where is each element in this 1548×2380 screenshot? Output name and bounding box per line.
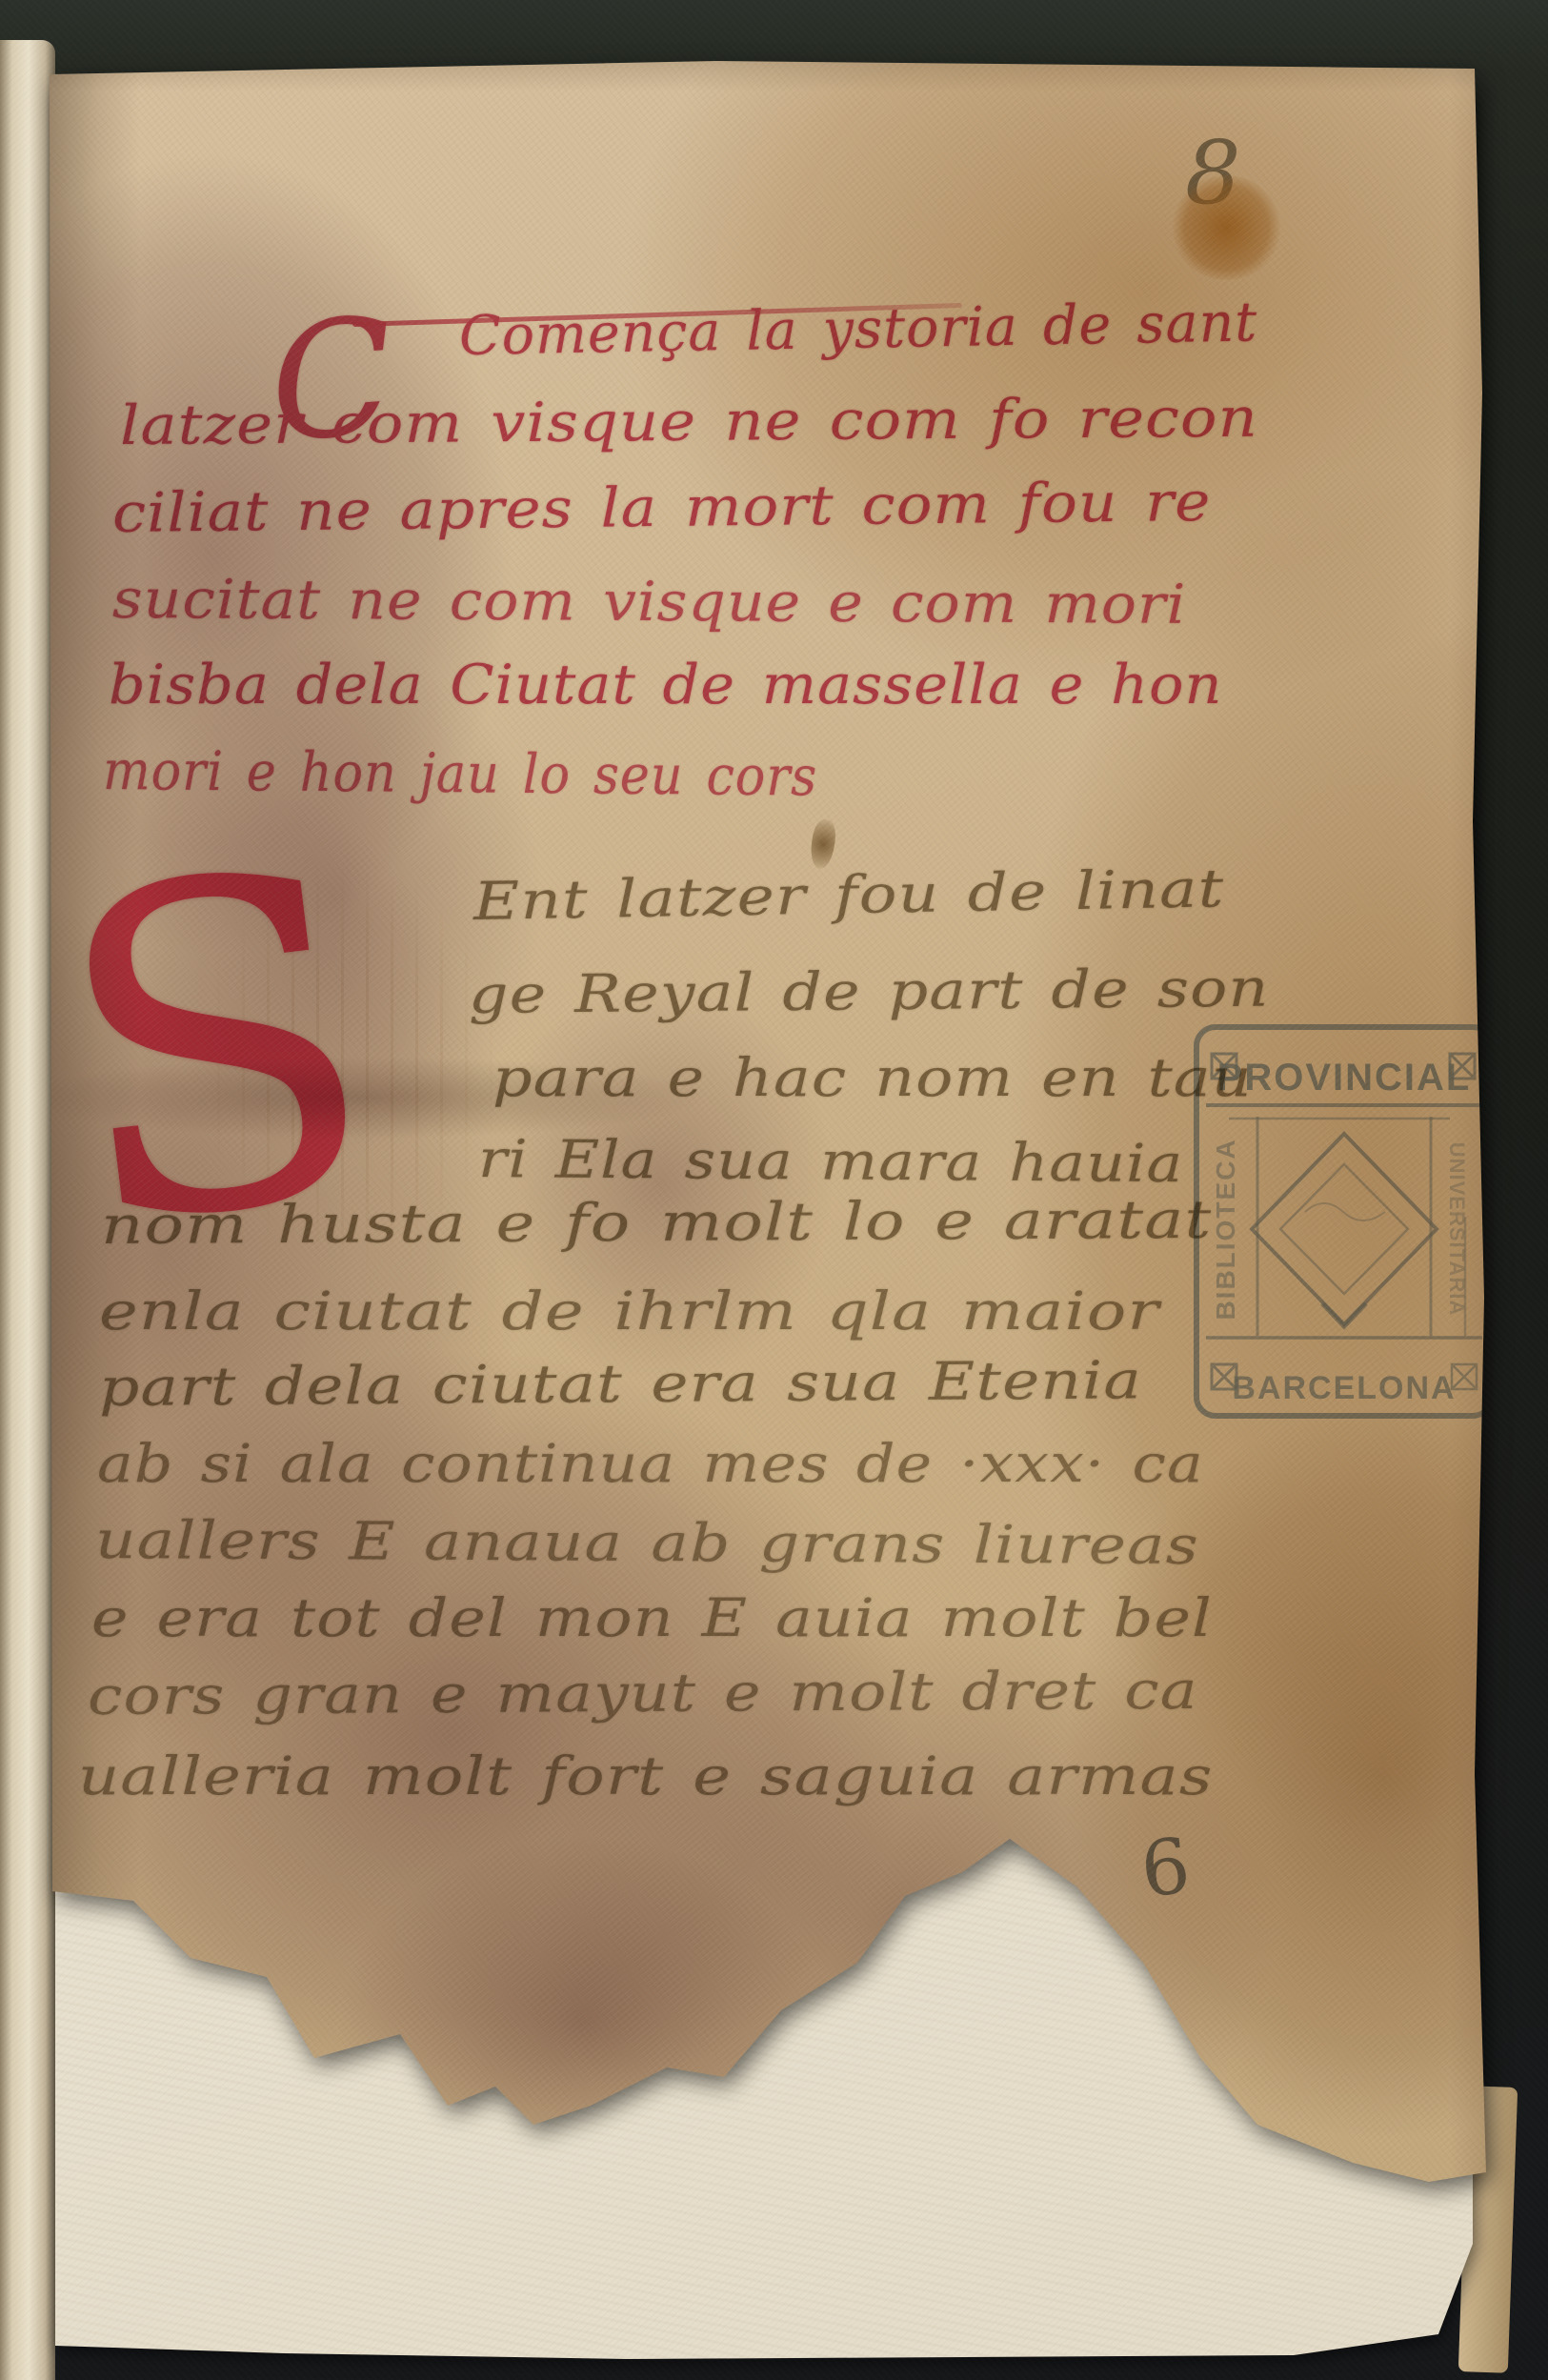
manuscript-photo: C Comença la ystoria de sant latzer com … (0, 0, 1548, 2380)
verso-number-mark: 6 (1136, 1822, 1194, 1915)
stamp-left-label: BIBLIOTECA (1211, 1138, 1240, 1320)
rubric-line: Comença la ystoria de sant (458, 291, 1257, 368)
rubric-line: ciliat ne apres la mort com fou re (112, 471, 1212, 545)
body-line: uallers E anaua ab grans liureas (95, 1509, 1199, 1576)
rubric-line: sucitat ne com visque e com mori (112, 568, 1187, 636)
ink-blob (808, 818, 837, 871)
body-line: e era tot del mon E auia molt bel (91, 1587, 1213, 1648)
rubric-line: bisba dela Ciutat de massella e hon (109, 654, 1223, 716)
ink-stain-dot (1172, 175, 1281, 280)
body-line: enla ciutat de ihrlm qla maior (99, 1281, 1160, 1341)
stamp-bottom-label: BARCELONA (1232, 1370, 1456, 1406)
body-line: para e hac nom en tau (493, 1047, 1253, 1108)
body-line: Ent latzer fou de linat (472, 857, 1224, 932)
body-line: ge Reyal de part de son (469, 958, 1270, 1025)
rubric-line: latzer com visque ne com fo recon (120, 387, 1258, 457)
parchment-leaf: C Comença la ystoria de sant latzer com … (50, 59, 1490, 2365)
body-line: ualleria molt fort e saguia armas (78, 1745, 1214, 1806)
body-line: part dela ciutat era sua Etenia (99, 1349, 1142, 1418)
body-line: ab si ala continua mes de ·xxx· ca (97, 1433, 1204, 1494)
body-line: ri Ela sua mara hauia (478, 1128, 1184, 1194)
library-stamp: PROVINCIAL BARCELONA BIBLIOTECA UNIVERSI… (1191, 1021, 1498, 1422)
body-line: cors gran e mayut e molt dret ca (88, 1660, 1198, 1726)
stamp-top-label: PROVINCIAL (1217, 1057, 1472, 1099)
stamp-right-label: UNIVERSITARIA (1445, 1142, 1469, 1317)
body-line: nom husta e fo molt lo e aratat (101, 1189, 1213, 1256)
